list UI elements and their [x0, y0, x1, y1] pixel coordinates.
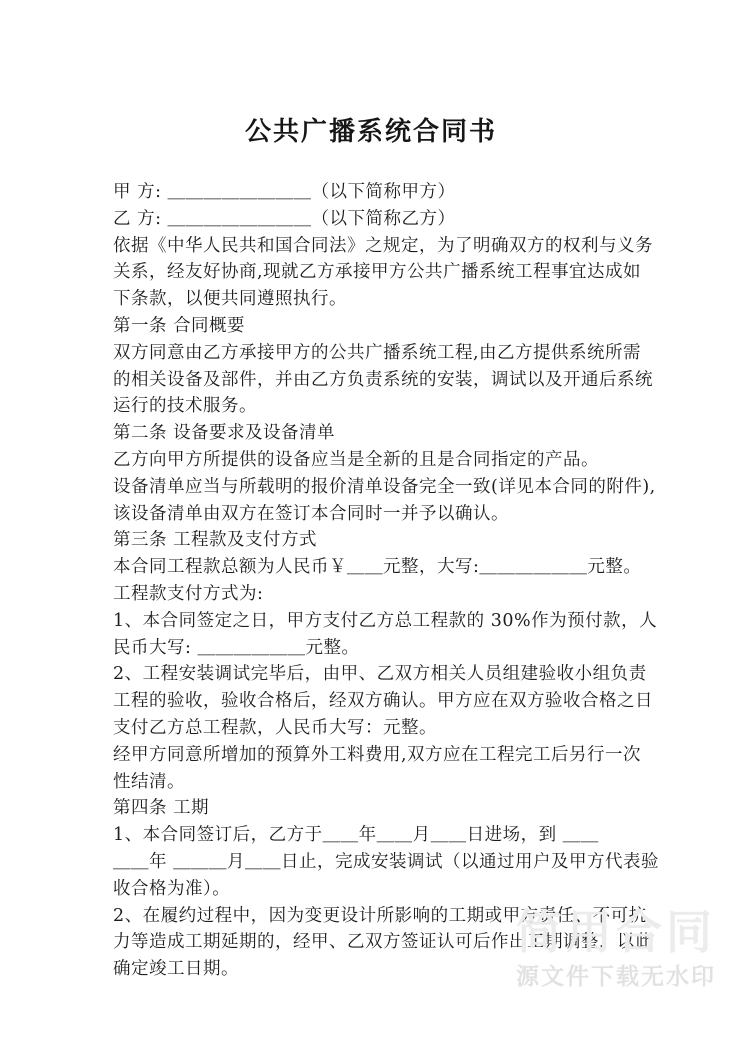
clause-4-line: 力等造成工期延期的，经甲、乙双方签证认可后作出工期调整，以此 [113, 929, 645, 956]
clause-3-line: 工程款支付方式为: [113, 581, 645, 608]
clause-3-line: 2、工程安装调试完毕后，由甲、乙双方相关人员组建验收小组负责 [113, 661, 645, 688]
preamble-line: 依据《中华人民共和国合同法》之规定，为了明确双方的权利与义务 [113, 233, 645, 260]
clause-3-line: 经甲方同意所增加的预算外工料费用,双方应在工程完工后另行一次 [113, 742, 645, 769]
clause-3-line: 民币大写: ＿＿＿＿＿＿元整。 [113, 635, 645, 662]
clause-2-line: 该设备清单由双方在签订本合同时一并予以确认。 [113, 501, 645, 528]
clause-3-line: 支付乙方总工程款，人民币大写：元整。 [113, 715, 645, 742]
preamble-line: 关系，经友好协商,现就乙方承接甲方公共广播系统工程事宜达成如 [113, 259, 645, 286]
clause-4-line: 收合格为准）。 [113, 876, 645, 903]
clause-2-line: 设备清单应当与所载明的报价清单设备完全一致(详见本合同的附件), [113, 474, 645, 501]
clause-3-line: 本合同工程款总额为人民币￥＿＿元整，大写:＿＿＿＿＿＿元整。 [113, 554, 645, 581]
clause-2-line: 乙方向甲方所提供的设备应当是全新的且是合同指定的产品。 [113, 447, 645, 474]
clause-2-heading: 第二条 设备要求及设备清单 [113, 420, 645, 447]
party-b-line: 乙 方: ＿＿＿＿＿＿＿＿（以下简称乙方） [113, 206, 645, 233]
clause-1-line: 双方同意由乙方承接甲方的公共广播系统工程,由乙方提供系统所需 [113, 340, 645, 367]
clause-3-line: 工程的验收，验收合格后，经双方确认。甲方应在双方验收合格之日 [113, 688, 645, 715]
clause-3-line: 1、本合同签定之日，甲方支付乙方总工程款的 30%作为预付款，人 [113, 608, 645, 635]
clause-1-line: 的相关设备及部件，并由乙方负责系统的安装，调试以及开通后系统 [113, 367, 645, 394]
clause-3-heading: 第三条 工程款及支付方式 [113, 527, 645, 554]
clause-3-line: 性结清。 [113, 769, 645, 796]
clause-4-heading: 第四条 工期 [113, 795, 645, 822]
clause-4-line: 1、本合同签订后，乙方于＿＿年＿＿月＿＿日进场，到 ＿＿ [113, 822, 645, 849]
preamble-line: 下条款，以便共同遵照执行。 [113, 286, 645, 313]
page-title: 公共广播系统合同书 [0, 111, 742, 148]
clause-4-line: 确定竣工日期。 [113, 956, 645, 983]
party-a-line: 甲 方: ＿＿＿＿＿＿＿＿（以下简称甲方） [113, 179, 645, 206]
contract-page: 公共广播系统合同书 甲 方: ＿＿＿＿＿＿＿＿（以下简称甲方） 乙 方: ＿＿＿… [0, 0, 742, 1049]
clause-1-line: 运行的技术服务。 [113, 393, 645, 420]
clause-4-line: 2、在履约过程中，因为变更设计所影响的工期或甲方责任、不可抗 [113, 903, 645, 930]
clause-4-line: ＿＿年 ＿＿＿月＿＿日止，完成安装调试（以通过用户及甲方代表验 [113, 849, 645, 876]
clause-1-heading: 第一条 合同概要 [113, 313, 645, 340]
contract-body: 甲 方: ＿＿＿＿＿＿＿＿（以下简称甲方） 乙 方: ＿＿＿＿＿＿＿＿（以下简称… [113, 179, 645, 983]
